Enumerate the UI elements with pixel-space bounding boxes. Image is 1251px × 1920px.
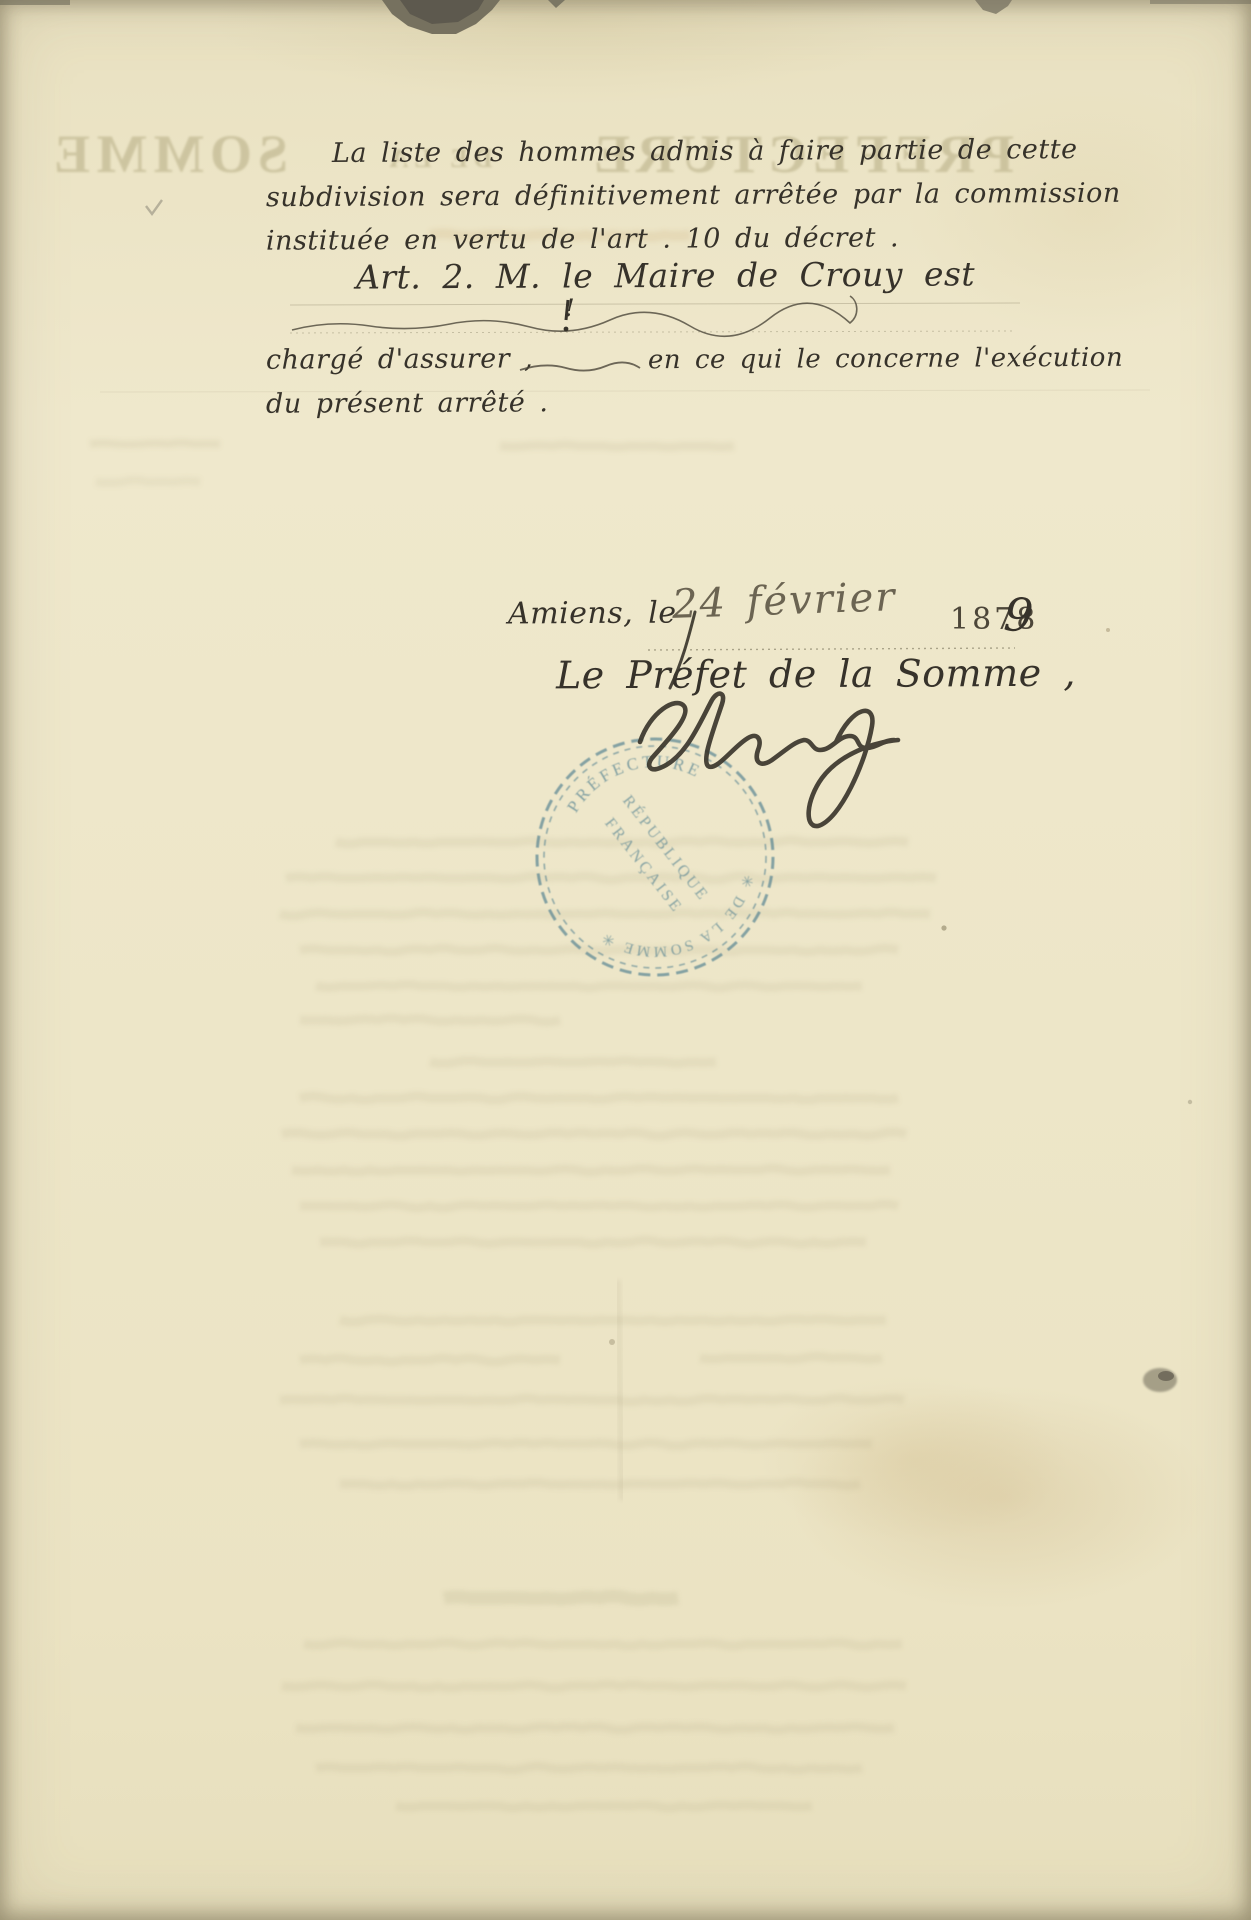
paper-speck xyxy=(609,1339,615,1345)
caret-dot xyxy=(564,327,569,332)
paper-nick-right xyxy=(975,0,1012,14)
edge-smudge xyxy=(1143,1368,1177,1392)
wavy-underline xyxy=(292,296,857,336)
pencil-check-mark xyxy=(146,200,162,214)
top-edge-shadow-left xyxy=(0,0,70,5)
paper-speck xyxy=(1188,1100,1192,1104)
top-edge-shadow-right xyxy=(1150,0,1251,4)
ink-overlay xyxy=(0,0,1251,1920)
paper-speck xyxy=(1106,628,1110,632)
scanned-letter: PREFECTURE DE LA SOMME La liste des homm… xyxy=(0,0,1251,1920)
edge-smudge-core xyxy=(1158,1371,1174,1381)
caret-stroke xyxy=(566,300,568,320)
paper-nick-left xyxy=(548,0,565,8)
blank-filler-squiggle xyxy=(520,362,640,370)
prefet-signature xyxy=(640,612,898,826)
paper-speck xyxy=(941,925,946,930)
